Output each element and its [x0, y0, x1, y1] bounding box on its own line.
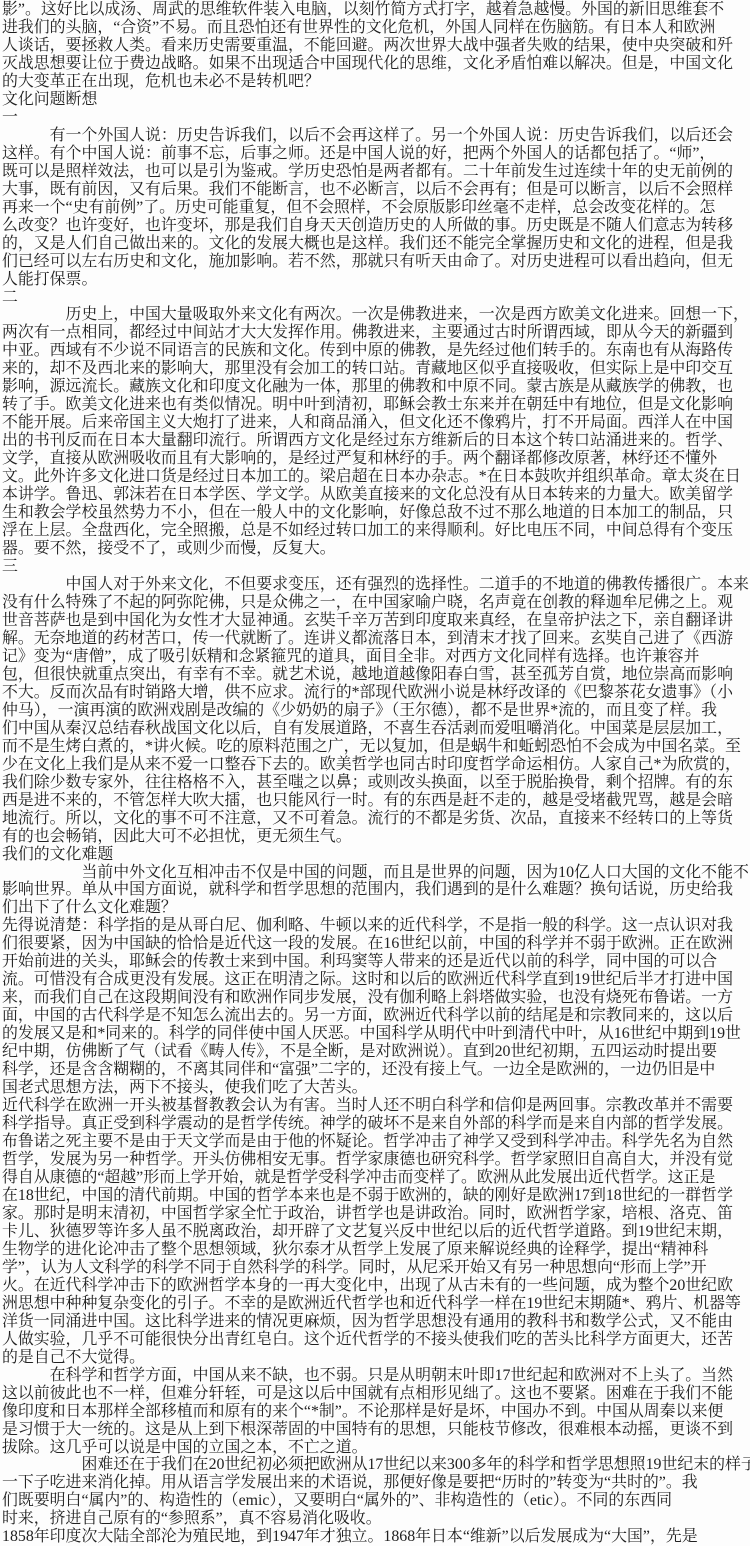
text-line: 火。在近代科学冲击下的欧洲哲学本身的一再大变化中，出现了从古未有的一些问题，成为…	[2, 1277, 750, 1295]
text-line: 们很要紧，因为中国缺的恰恰是近代这一段的发展。在16世纪以前，中国的科学并不弱于…	[2, 935, 750, 953]
text-line: 流。可惜没有合成更没有发展。这正在明清之际。这时和以后的欧洲近代科学直到19世纪…	[2, 971, 750, 989]
text-line: 1858年印度次大陆全部沦为殖民地，到1947年才独立。1868年日本“维新”以…	[2, 1528, 750, 1546]
text-line: 们中国从秦汉总结春秋战国文化以后，自有发展道路，不喜生吞活剥而爱咀嚼消化。中国菜…	[2, 720, 750, 738]
text-line: 灭战思想要让位于费边战略。如果不出现适合中国现代化的思维，文化矛盾怕难以解决。但…	[2, 55, 750, 73]
text-line: 文学，直接从欧洲吸收而且有大影响的，是经过严复和林纾的手。两个翻译都修改原著，林…	[2, 450, 750, 468]
text-line: 这以前彼此也不一样，但难分轩轾，可是这以后中国就有点相形见绌了。这也不要紧。困难…	[2, 1385, 750, 1403]
text-line: 么改变？也许变好，也许变坏，那是我们自身天天创造历史的人所做的事。历史既是不随人…	[2, 217, 750, 235]
text-line: 开始前进的关头，耶稣会的传教士来到中国。利玛窦等人带来的还是近代以前的科学，同中…	[2, 953, 750, 971]
text-line: 来的，却不及西北来的影响大，那里没有会加工的转口站。青藏地区似乎直接吸收，但实际…	[2, 360, 750, 378]
text-line: 二	[2, 289, 750, 307]
text-line: 出的书刊反而在日本大量翻印流行。所谓西方文化是经过东方维新后的日本这个转口站涌进…	[2, 432, 750, 450]
text-line: 历史上，中国大量吸取外来文化有两次。一次是佛教进来，一次是西方欧美文化进来。回想…	[2, 306, 750, 324]
text-line: 三	[2, 558, 750, 576]
text-line: 本讲学。鲁迅、郭沫若在日本学医、学文学。从欧美直接来的文化总没有从日本转来的力量…	[2, 486, 750, 504]
text-line: 家。那时是明末清初，中国哲学家全忙于政治，讲哲学也是讲政治。同时，欧洲哲学家，培…	[2, 1205, 750, 1223]
text-line: 不大。反而次品有时销路大增，供不应求。流行的*部现代欧洲小说是林纾改译的《巴黎茶…	[2, 684, 750, 702]
document-text-block: 影”。这好比以成汤、周武的思维软件装入电脑，以刻竹简方式打字，越着急越慢。外国的…	[2, 1, 750, 1546]
text-line: 哲学，发展为另一种哲学。开头仿佛相安无事。哲学家康德也研究科学。哲学家照旧自高自…	[2, 1151, 750, 1169]
text-line: 文。此外许多文化进口货是经过日本加工的。梁启超在日本办杂志。*在日本鼓吹并组织革…	[2, 468, 750, 486]
text-line: 布鲁诺之死主要不是由于天文学而是由于他的怀疑论。哲学冲击了神学又受到科学冲击。科…	[2, 1133, 750, 1151]
text-line: 既可以是照样效法，也可以是引为鉴戒。学历史恐怕是两者都有。二十年前发生过连续十年…	[2, 163, 750, 181]
text-line: 困难还在于我们在20世纪初必须把欧洲从17世纪以来300多年的科学和哲学思想照1…	[2, 1456, 750, 1474]
text-line: 时来，挤进自己原有的“参照系”，真不容易消化吸收。	[2, 1510, 750, 1528]
text-line: 影响，源远流长。藏族文化和印度文化融为一体，那里的佛教和中原不同。蒙古族是从藏族…	[2, 378, 750, 396]
text-line: 两次有一点相同，都经过中间站才大大发挥作用。佛教进来，主要通过古时所谓西域，即从…	[2, 324, 750, 342]
text-line: 而不是生烤白煮的，*讲火候。吃的原料范围之广，无以复加，但是蜗牛和蚯蚓恐怕不会成…	[2, 738, 750, 756]
text-line: 不能开展。后来帝国主义大炮打了进来，人和商品涌入，但文化还不像鸦片，打不开局面。…	[2, 414, 750, 432]
text-line: 没有什么特殊了不起的阿弥陀佛，只是众佛之一，在中国家喻户晓，名声竟在创教的释迦牟…	[2, 594, 750, 612]
text-line: 少在文化上我们是从来不爱一口整吞下去的。欧美哲学也同古时印度哲学命运相仿。人家自…	[2, 756, 750, 774]
text-line: 卡儿、狄德罗等许多人虽不脱离政治，却开辟了文艺复兴反中世纪以后的近代哲学道路。到…	[2, 1223, 750, 1241]
text-line: 的发展又是和*同来的。科学的同伴使中国人厌恶。中国科学从明代中叶到清代中叶，从1…	[2, 1025, 750, 1043]
text-line: 来，而我们自己在这段期间没有和欧洲作同步发展，没有伽利略上斜塔做实验，也没有烧死…	[2, 989, 750, 1007]
text-line: 先得说清楚：科学指的是从哥白尼、伽利略、牛顿以来的近代科学，不是指一般的科学。这…	[2, 917, 750, 935]
text-line: 们既要明白“属内”的、构造性的（emic），又要明白“属外的”、非构造性的（et…	[2, 1492, 750, 1510]
text-line: 再来一个“史有前例”了。历史可能重复，但不会照样，不会原版影印丝毫不走样，总会改…	[2, 199, 750, 217]
text-line: 面，中国的古代科学是不知怎么流出去的。另一方面，欧洲近代科学以前的结尾是和宗教同…	[2, 1007, 750, 1025]
text-line: 拔除。这几乎可以说是中国的立国之本，不亡之道。	[2, 1439, 750, 1457]
text-line: 进我们的头脑，“合资”不易。而且恐怕还有世界性的文化危机，外国人同样在伤脑筋。有…	[2, 19, 750, 37]
text-line: 的，又是人们自己做出来的。文化的发展大概也是这样。我们还不能完全掌握历史和文化的…	[2, 235, 750, 253]
text-line: 们出下了什么文化难题？	[2, 899, 750, 917]
text-line: 我们的文化难题	[2, 846, 750, 864]
text-line: 人能打保票。	[2, 271, 750, 289]
text-line: 影响世界。单从中国方面说，就科学和哲学思想的范围内，我们遇到的是什么难题？换句话…	[2, 881, 750, 899]
text-line: 有的也会畅销，因此大可不必担忧，更无须生气。	[2, 828, 750, 846]
text-line: 世音菩萨也是到中国化为女性才大显神通。玄奘千辛万苦到印度取来真经，在皇帝护法之下…	[2, 612, 750, 630]
text-line: 生物学的进化论冲击了整个思想领域，狄尔泰才从哲学上发展了原来解说经典的诠释学，提…	[2, 1241, 750, 1259]
text-line: 大事，既有前因，又有后果。我们不能断言，也不必断言，以后不会再有；但是可以断言，…	[2, 181, 750, 199]
text-line: 中亚。西域有不少说不同语言的民族和文化。传到中原的佛教，是先经过他们转手的。东南…	[2, 342, 750, 360]
text-line: 学”，认为人文科学的科学不同于自然科学的科学。同时，从尼采开始又有另一种思想向“…	[2, 1259, 750, 1277]
text-line: 国老式思想方法，两下不接头，使我们吃了大苦头。	[2, 1079, 750, 1097]
text-line: 近代科学在欧洲一开头被基督教教会认为有害。当时人还不明白科学和信仰是两回事。宗教…	[2, 1097, 750, 1115]
text-line: 一	[2, 109, 750, 127]
text-line: 像印度和日本那样全部移植而和原有的来个“*制”。不论那样是好是坏，中国办不到。中…	[2, 1403, 750, 1421]
text-line: 是习惯于大一统的。这是从上到下根深蒂固的中国特有的思想，只能枝节修改，很难根本动…	[2, 1421, 750, 1439]
text-line: 有一个外国人说：历史告诉我们，以后不会再这样了。另一个外国人说：历史告诉我们，以…	[2, 127, 750, 145]
text-line: 包，但很快就重点突出，有幸有不幸。就艺术说，越地道越像阳春白雪，甚至孤芳自赏，地…	[2, 666, 750, 684]
text-line: 科学，还是含含糊糊的，不离其同伴和“富强”二字的，还没有接上气。一边全是欧洲的，…	[2, 1061, 750, 1079]
text-line: 一下子吃进来消化掉。用从语言学发展出来的术语说，那便好像是要把“历时的”转变为“…	[2, 1474, 750, 1492]
text-line: 生和教会学校虽然势力不小，但在一般人中的文化影响，好像总敌不过不那么地道的日本加…	[2, 504, 750, 522]
text-line: 人做实验，几乎不可能很快分出青红皂白。这个近代哲学的不接头使我们吃的苦头比科学方…	[2, 1331, 750, 1349]
text-line: 解。无奈地道的药材苦口，传一代就断了。连讲义都流落日本，到清末才找了回来。玄奘自…	[2, 630, 750, 648]
text-line: 科学指导。真正受到科学震动的是哲学传统。神学的破坏不是来自外部的科学而是来自内部…	[2, 1115, 750, 1133]
text-line: 文化问题断想	[2, 91, 750, 109]
text-line: 地流行。所以，文化的事不可不注意，又不可着急。流行的不都是劣货、次品，直接来不经…	[2, 810, 750, 828]
text-line: 的是自己不大觉得。	[2, 1349, 750, 1367]
text-line: 这样。有个中国人说：前事不忘，后事之师。还是中国人说的好，把两个外国人的话都包括…	[2, 145, 750, 163]
text-line: 影”。这好比以成汤、周武的思维软件装入电脑，以刻竹简方式打字，越着急越慢。外国的…	[2, 1, 750, 19]
text-line: 得自从康德的“超越”形而上学开始，就是哲学受科学冲击而变样了。欧洲从此发展出近代…	[2, 1169, 750, 1187]
text-line: 纪中期，仿佛断了气（试看《畴人传》，不是全断，是对欧洲说）。直到20世纪初期，五…	[2, 1043, 750, 1061]
text-line: 转了手。欧美文化进来也有类似情况。明中叶到清初，耶稣会教士东来并在朝廷中有地位，…	[2, 396, 750, 414]
text-line: 器。要不然，接受不了，或则少而慢，反复大。	[2, 540, 750, 558]
document-page: 影”。这好比以成汤、周武的思维软件装入电脑，以刻竹简方式打字，越着急越慢。外国的…	[0, 0, 750, 1546]
text-line: 在科学和哲学方面，中国从来不缺，也不弱。只是从明朝末叶即17世纪起和欧洲对不上头…	[2, 1367, 750, 1385]
text-line: 当前中外文化互相冲击不仅是中国的问题，而且是世界的问题，因为10亿人口大国的文化…	[2, 864, 750, 882]
text-line: 在18世纪，中国的清代前期。中国的哲学本来也是不弱于欧洲的，缺的刚好是欧洲17到…	[2, 1187, 750, 1205]
text-line: 洋货一同涌进中国。这比科学进来的情况更麻烦，因为哲学思想没有通用的教科书和数学公…	[2, 1313, 750, 1331]
text-line: 洲思想中种种复杂变化的引子。不幸的是欧洲近代哲学也和近代科学一样在19世纪末期随…	[2, 1295, 750, 1313]
text-line: 浮在上层。全盘西化，完全照搬，总是不如经过转口加工的来得顺利。好比电压不同，中间…	[2, 522, 750, 540]
text-line: 们已经可以左右历史和文化，施加影响。若不然，那就只有听天由命了。对历史进程可以看…	[2, 253, 750, 271]
text-line: 中国人对于外来文化，不但要求变压，还有强烈的选择性。二道手的不地道的佛教传播很广…	[2, 576, 750, 594]
text-line: 的大变革正在出现，危机也未必不是转机吧？	[2, 73, 750, 91]
text-line: 我们除少数专家外，往往格格不入，甚至嗤之以鼻；或则改头换面，以至于脱胎换骨，剩个…	[2, 774, 750, 792]
text-line: 记》变为“唐僧”，成了吸引妖精和念紧箍咒的道具，面目全非。对西方文化同样有选择。…	[2, 648, 750, 666]
text-line: 仲马），一演再演的欧洲戏剧是改编的《少奶奶的扇子》（王尔德），都不是世界*流的，…	[2, 702, 750, 720]
text-line: 人谈话，要拯救人类。看来历史需要重温，不能回避。两次世界大战中强者失败的结果，使…	[2, 37, 750, 55]
text-line: 西是进不来的，不管怎样大吹大擂，也只能风行一时。有的东西是赶不走的，越是受堵截咒…	[2, 792, 750, 810]
